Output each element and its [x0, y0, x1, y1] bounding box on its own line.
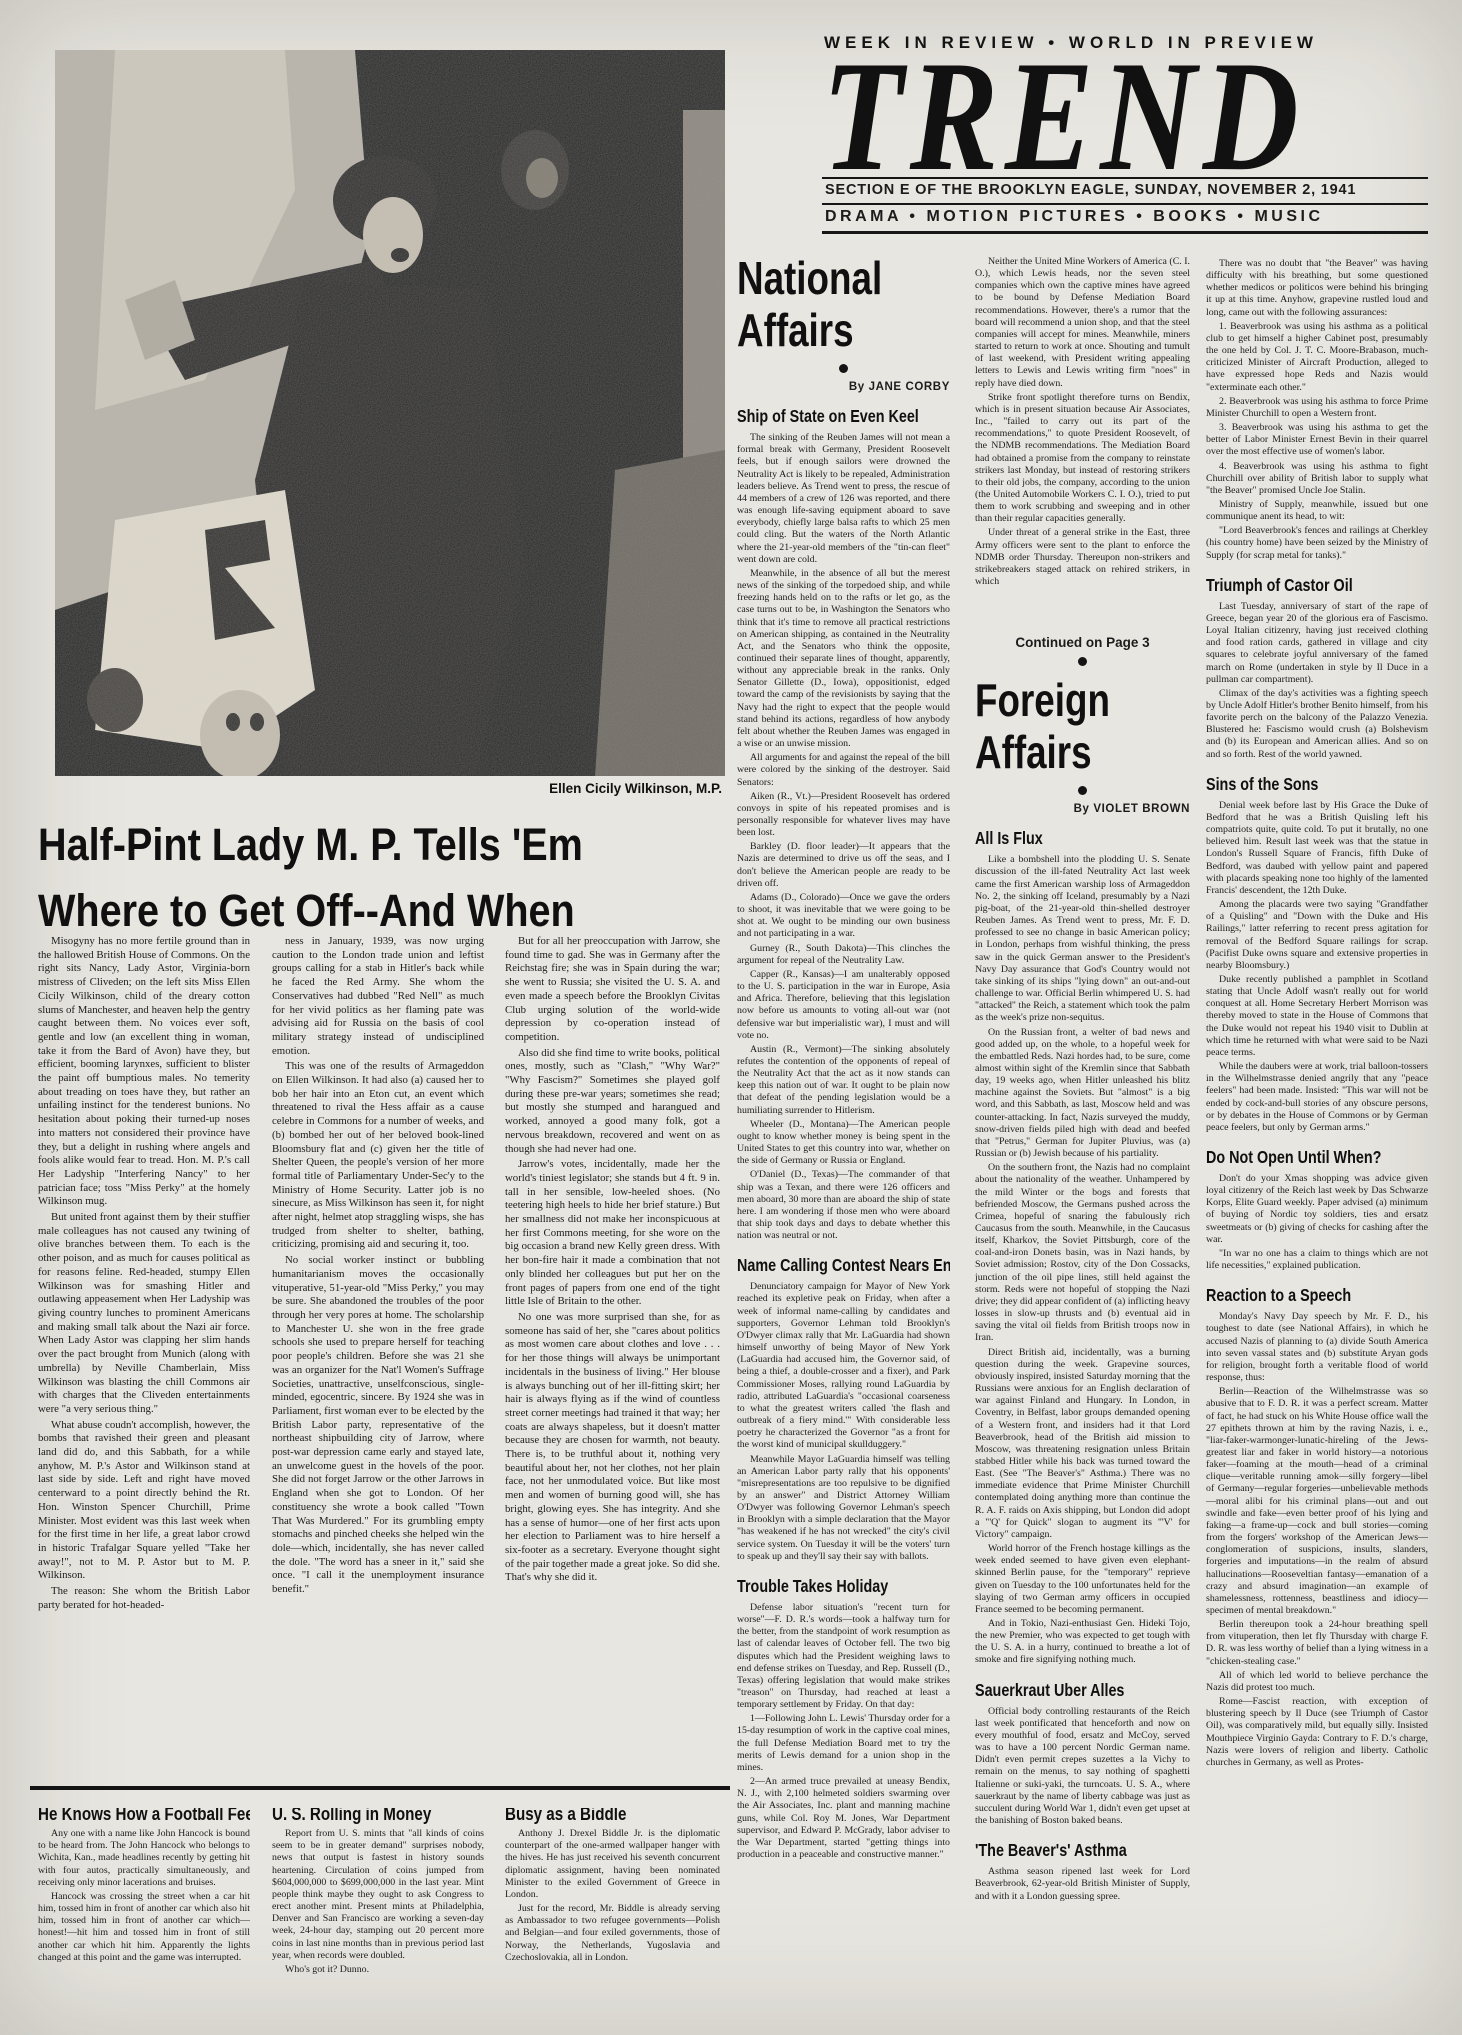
national-affairs-title-line2: Affairs — [737, 304, 907, 356]
national-affairs-title-line1: National — [737, 252, 907, 304]
paragraph: But united front against them by their s… — [38, 1211, 250, 1417]
paragraph: Rome—Fascist reaction, with exception of… — [1206, 1696, 1428, 1769]
section-subhead: Trouble Takes Holiday — [737, 1576, 912, 1596]
week-items-column: There was no doubt that "the Beaver" was… — [1206, 258, 1428, 2018]
paragraph: O'Daniel (D., Texas)—The commander of th… — [737, 1169, 950, 1242]
section-subhead: Triumph of Castor Oil — [1206, 575, 1388, 595]
paragraph: On the southern front, the Nazis had no … — [975, 1162, 1190, 1344]
paragraph: Asthma season ripened last week for Lord… — [975, 1866, 1190, 1902]
paragraph: The sinking of the Reuben James will not… — [737, 432, 950, 566]
masthead-rule-top — [822, 177, 1428, 179]
paragraph: Ministry of Supply, meanwhile, issued bu… — [1206, 499, 1428, 523]
paragraph: The reason: She whom the British Labor p… — [38, 1585, 250, 1612]
paragraph: Berlin—Reaction of the Wilhelmstrasse wa… — [1206, 1386, 1428, 1617]
masthead-rule-middle — [822, 203, 1428, 205]
section-subhead: Ship of State on Even Keel — [737, 406, 912, 426]
paragraph: Austin (R., Vermont)—The sinking absolut… — [737, 1044, 950, 1117]
feature-column-1: Misogyny has no more fertile ground than… — [38, 935, 250, 1773]
paragraph: Denial week before last by His Grace the… — [1206, 800, 1428, 897]
bullet-dot-icon — [1078, 657, 1087, 666]
paragraph: Also did she find time to write books, p… — [505, 1047, 720, 1157]
paragraph: All arguments for and against the repeal… — [737, 752, 950, 788]
paragraph: 4. Beaverbrook was using his asthma to f… — [1206, 461, 1428, 497]
paragraph: Direct British aid, incidentally, was a … — [975, 1347, 1190, 1542]
bottom-article-title: U. S. Rolling in Money — [272, 1808, 446, 1820]
section-subhead: Do Not Open Until When? — [1206, 1147, 1388, 1167]
paragraph: Climax of the day's activities was a fig… — [1206, 688, 1428, 761]
bottom-article-biddle: Busy as a Biddle Anthony J. Drexel Biddl… — [505, 1808, 720, 2020]
paragraph: Who's got it? Dunno. — [272, 1964, 484, 1976]
paragraph: Any one with a name like John Hancock is… — [38, 1828, 250, 1889]
bottom-article-title: Busy as a Biddle — [505, 1808, 681, 1820]
section-subhead: Reaction to a Speech — [1206, 1285, 1388, 1305]
masthead-rule-bottom — [822, 231, 1428, 234]
paragraph: Don't do your Xmas shopping was advice g… — [1206, 1173, 1428, 1246]
national-affairs-column: National Affairs By JANE CORBY Ship of S… — [737, 252, 950, 2012]
paragraph: World horror of the French hostage killi… — [975, 1543, 1190, 1616]
paragraph: 2. Beaverbrook was using his asthma to f… — [1206, 396, 1428, 420]
foreign-affairs-title-line1: Foreign — [975, 674, 1147, 726]
foreign-affairs-sections: All Is FluxLike a bombshell into the plo… — [975, 828, 1190, 1902]
section-subhead: 'The Beaver's' Asthma — [975, 1840, 1151, 1860]
paragraph: Official body controlling restaurants of… — [975, 1706, 1190, 1828]
paragraph: Gurney (R., South Dakota)—This clinches … — [737, 943, 950, 967]
photo-caption: Ellen Cicily Wilkinson, M.P. — [400, 781, 722, 796]
paragraph: No one was more surprised than she, for … — [505, 1311, 720, 1585]
paragraph: Aiken (R., Vt.)—President Roosevelt has … — [737, 791, 950, 840]
masthead-section-line: SECTION E OF THE BROOKLYN EAGLE, SUNDAY,… — [825, 182, 1356, 198]
paragraph: Misogyny has no more fertile ground than… — [38, 935, 250, 1209]
paragraph: Neither the United Mine Workers of Ameri… — [975, 256, 1190, 390]
paragraph: Meanwhile Mayor LaGuardia himself was te… — [737, 1454, 950, 1563]
paragraph: This was one of the results of Armageddo… — [272, 1060, 484, 1252]
section-subhead: Sins of the Sons — [1206, 774, 1388, 794]
paragraph: Wheeler (D., Montana)—The American peopl… — [737, 1119, 950, 1168]
feature-photo — [55, 50, 725, 776]
national-affairs-sections: Ship of State on Even KeelThe sinking of… — [737, 406, 950, 1861]
national-affairs-byline: By JANE CORBY — [737, 381, 950, 393]
bottom-article-body: Any one with a name like John Hancock is… — [38, 1828, 250, 1964]
paragraph: 3. Beaverbrook was using his asthma to g… — [1206, 422, 1428, 458]
paragraph: And in Tokio, Nazi-enthusiast Gen. Hidek… — [975, 1618, 1190, 1667]
bottom-article-football: He Knows How a Football Feels Any one wi… — [38, 1808, 250, 2020]
bottom-article-body: Report from U. S. mints that "all kinds … — [272, 1828, 484, 1976]
paragraph: Anthony J. Drexel Biddle Jr. is the dipl… — [505, 1828, 720, 1901]
bottom-article-title: He Knows How a Football Feels — [38, 1808, 212, 1820]
continued-on-page-label: Continued on Page 3 — [975, 637, 1190, 649]
feature-headline: Half-Pint Lady M. P. Tells 'Em Where to … — [38, 812, 657, 944]
paragraph: Meanwhile, in the absence of all but the… — [737, 568, 950, 750]
national-affairs-continuation: Neither the United Mine Workers of Ameri… — [975, 256, 1190, 630]
photo-illustration — [55, 50, 725, 776]
continuation-foreign-column: Neither the United Mine Workers of Ameri… — [975, 256, 1190, 2035]
paragraph: Capper (R., Kansas)—I am unalterably opp… — [737, 969, 950, 1042]
paragraph: Like a bombshell into the plodding U. S.… — [975, 854, 1190, 1024]
paragraph: While the daubers were at work, trial ba… — [1206, 1061, 1428, 1134]
paragraph: 2—An armed truce prevailed at uneasy Ben… — [737, 1776, 950, 1861]
feature-headline-line1: Half-Pint Lady M. P. Tells 'Em — [38, 812, 583, 878]
week-items-intro: There was no doubt that "the Beaver" was… — [1206, 258, 1428, 562]
section-subhead: Sauerkraut Uber Alles — [975, 1680, 1151, 1700]
paragraph: Under threat of a general strike in the … — [975, 527, 1190, 588]
masthead-departments: DRAMA • MOTION PICTURES • BOOKS • MUSIC — [825, 208, 1324, 226]
section-subhead: Name Calling Contest Nears End — [737, 1255, 912, 1275]
paragraph: "In war no one has a claim to things whi… — [1206, 1248, 1428, 1272]
paragraph: ness in January, 1939, was now urging ca… — [272, 935, 484, 1058]
bottom-article-money: U. S. Rolling in Money Report from U. S.… — [272, 1808, 484, 2020]
paragraph: On the Russian front, a welter of bad ne… — [975, 1027, 1190, 1161]
paragraph: Defense labor situation's "recent turn f… — [737, 1602, 950, 1711]
feature-column-3: But for all her preoccupation with Jarro… — [505, 935, 720, 1773]
paragraph: Berlin thereupon took a 24-hour breathin… — [1206, 1619, 1428, 1668]
week-items-sections: Triumph of Castor OilLast Tuesday, anniv… — [1206, 575, 1428, 1769]
paragraph: Monday's Navy Day speech by Mr. F. D., h… — [1206, 1311, 1428, 1384]
paragraph: There was no doubt that "the Beaver" was… — [1206, 258, 1428, 319]
paragraph: Report from U. S. mints that "all kinds … — [272, 1828, 484, 1962]
paragraph: Among the placards were two saying "Gran… — [1206, 899, 1428, 972]
paragraph: What abuse coudn't accomplish, however, … — [38, 1419, 250, 1583]
paragraph: Duke recently published a pamphlet in Sc… — [1206, 974, 1428, 1059]
paragraph: "Lord Beaverbrook's fences and railings … — [1206, 525, 1428, 561]
section-subhead: All Is Flux — [975, 828, 1151, 848]
masthead-title: TREND — [822, 38, 1305, 196]
paragraph: But for all her preoccupation with Jarro… — [505, 935, 720, 1045]
paragraph: 1—Following John L. Lewis' Thursday orde… — [737, 1713, 950, 1774]
paragraph: No social worker instinct or bubbling hu… — [272, 1254, 484, 1597]
paragraph: Adams (D., Colorado)—Once we gave the or… — [737, 892, 950, 941]
newspaper-page: WEEK IN REVIEW • WORLD IN PREVIEW TREND … — [0, 0, 1462, 2035]
bullet-dot-icon — [839, 364, 848, 373]
feature-column-2: ness in January, 1939, was now urging ca… — [272, 935, 484, 1773]
paragraph: All of which led world to believe percha… — [1206, 1670, 1428, 1694]
paragraph: Hancock was crossing the street when a c… — [38, 1891, 250, 1964]
paragraph: Jarrow's votes, incidentally, made her t… — [505, 1158, 720, 1309]
paragraph: Denunciatory campaign for Mayor of New Y… — [737, 1281, 950, 1451]
foreign-affairs-byline: By VIOLET BROWN — [975, 803, 1190, 815]
paragraph: Barkley (D. floor leader)—It appears tha… — [737, 841, 950, 890]
paragraph: Strike front spotlight therefore turns o… — [975, 392, 1190, 526]
bullet-dot-icon — [1078, 786, 1087, 795]
bottom-divider-rule — [30, 1786, 730, 1790]
bottom-article-body: Anthony J. Drexel Biddle Jr. is the dipl… — [505, 1828, 720, 1964]
foreign-affairs-title-line2: Affairs — [975, 726, 1147, 778]
paragraph: 1. Beaverbrook was using his asthma as a… — [1206, 321, 1428, 394]
paragraph: Last Tuesday, anniversary of start of th… — [1206, 601, 1428, 686]
paragraph: Just for the record, Mr. Biddle is alrea… — [505, 1903, 720, 1964]
